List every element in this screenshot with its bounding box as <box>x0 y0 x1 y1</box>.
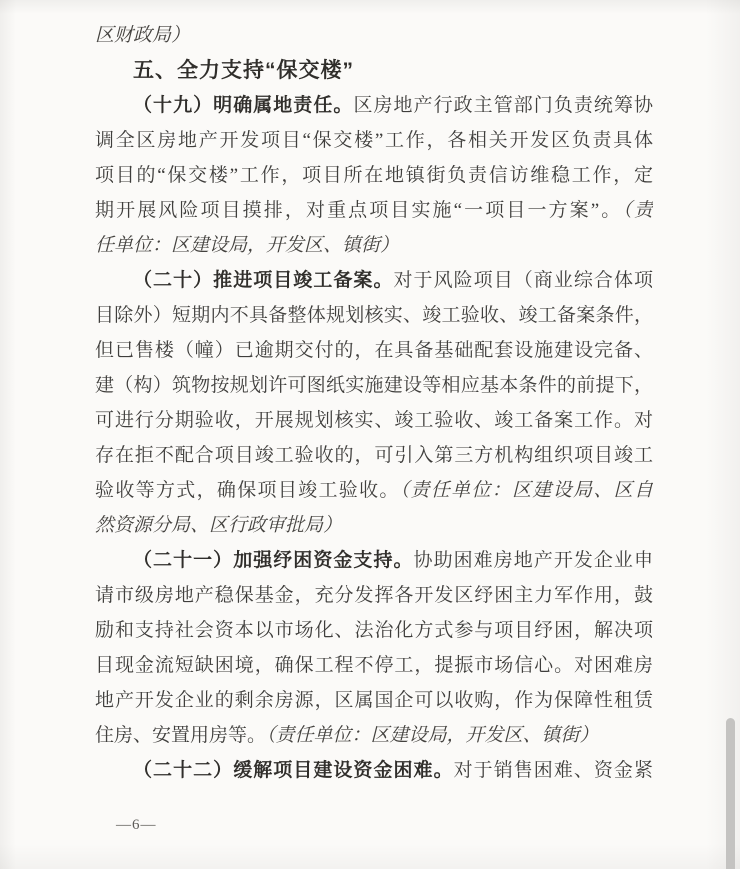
text-line: 地产开发企业的剩余房源，区属国企可以收购，作为保障性租赁 <box>95 683 653 718</box>
scanned-document-page: 区财政局）五、全力支持“保交楼”（十九）明确属地责任。区房地产行政主管部门负责统… <box>0 0 740 869</box>
responsibility-unit-text: （责任单位：区建设局、区自 <box>400 480 653 501</box>
paragraph: 区财政局） <box>95 18 653 53</box>
paragraph: （十九）明确属地责任。区房地产行政主管部门负责统筹协调全区房地产开发项目“保交楼… <box>95 88 653 263</box>
body-text: 但已售楼（幢）已逾期交付的，在具备基础配套设施建设完备、 <box>95 340 653 361</box>
body-text: 建（构）筑物按规划许可图纸实施建设等相应基本条件的前提下， <box>95 375 653 396</box>
text-line: 调全区房地产开发项目“保交楼”工作，各相关开发区负责具体 <box>95 123 653 158</box>
body-text: 住房、安置用房等。 <box>95 725 266 746</box>
responsibility-unit-text: （责 <box>622 200 653 221</box>
text-line: 建（构）筑物按规划许可图纸实施建设等相应基本条件的前提下， <box>95 368 653 403</box>
text-line: 任单位：区建设局，开发区、镇街） <box>95 228 653 263</box>
body-text: 目现金流短缺困境，确保工程不停工，提振市场信心。对困难房 <box>95 655 653 676</box>
paragraph: （二十二）缓解项目建设资金困难。对于销售困难、资金紧 <box>95 753 653 788</box>
text-line: （二十）推进项目竣工备案。对于风险项目（商业综合体项 <box>95 263 653 298</box>
text-line: 五、全力支持“保交楼” <box>95 53 653 88</box>
text-line: 然资源分局、区行政审批局） <box>95 508 653 543</box>
text-line: 但已售楼（幢）已逾期交付的，在具备基础配套设施建设完备、 <box>95 333 653 368</box>
body-text: 地产开发企业的剩余房源，区属国企可以收购，作为保障性租赁 <box>95 690 653 711</box>
responsibility-unit-text: 然资源分局、区行政审批局） <box>95 515 342 536</box>
paragraph-lead: （二十）推进项目竣工备案。 <box>133 270 394 291</box>
text-line: 目除外）短期内不具备整体规划核实、竣工验收、竣工备案条件， <box>95 298 653 333</box>
text-line: （二十一）加强纾困资金支持。协助困难房地产开发企业申 <box>95 543 653 578</box>
text-line: 项目的“保交楼”工作，项目所在地镇街负责信访维稳工作，定 <box>95 158 653 193</box>
text-line: 住房、安置用房等。（责任单位：区建设局，开发区、镇街） <box>95 718 653 753</box>
text-line: 验收等方式，确保项目竣工验收。（责任单位：区建设局、区自 <box>95 473 653 508</box>
responsibility-unit-text: 区财政局） <box>95 25 190 46</box>
text-line: 可进行分期验收，开展规划核实、竣工验收、竣工备案工作。对 <box>95 403 653 438</box>
body-text: 励和支持社会资本以市场化、法治化方式参与项目纾困，解决项 <box>95 620 653 641</box>
body-text: 对于风险项目（商业综合体项 <box>394 270 653 291</box>
responsibility-unit-text: 任单位：区建设局，开发区、镇街） <box>95 235 399 256</box>
body-text: 区房地产行政主管部门负责统筹协 <box>353 95 653 116</box>
body-text: 目除外）短期内不具备整体规划核实、竣工验收、竣工备案条件， <box>95 305 653 326</box>
paragraph: （二十）推进项目竣工备案。对于风险项目（商业综合体项目除外）短期内不具备整体规划… <box>95 263 653 543</box>
text-line: （二十二）缓解项目建设资金困难。对于销售困难、资金紧 <box>95 753 653 788</box>
paragraph: （二十一）加强纾困资金支持。协助困难房地产开发企业申请市级房地产稳保基金，充分发… <box>95 543 653 753</box>
section-heading: 五、全力支持“保交楼” <box>133 59 354 82</box>
text-line: 励和支持社会资本以市场化、法治化方式参与项目纾困，解决项 <box>95 613 653 648</box>
paragraph-lead: （十九）明确属地责任。 <box>133 95 353 116</box>
body-text: 期开展风险项目摸排，对重点项目实施“一项目一方案”。 <box>95 200 622 221</box>
body-text: 项目的“保交楼”工作，项目所在地镇街负责信访维稳工作，定 <box>95 165 653 186</box>
paragraph-lead: （二十一）加强纾困资金支持。 <box>133 550 414 571</box>
body-text: 请市级房地产稳保基金，充分发挥各开发区纾困主力军作用，鼓 <box>95 585 653 606</box>
text-line: 目现金流短缺困境，确保工程不停工，提振市场信心。对困难房 <box>95 648 653 683</box>
text-line: 期开展风险项目摸排，对重点项目实施“一项目一方案”。（责 <box>95 193 653 228</box>
text-line: （十九）明确属地责任。区房地产行政主管部门负责统筹协 <box>95 88 653 123</box>
scrollbar-thumb[interactable] <box>726 718 735 869</box>
section-heading-block: 五、全力支持“保交楼” <box>95 53 653 88</box>
body-text: 协助困难房地产开发企业申 <box>414 550 653 571</box>
body-text: 存在拒不配合项目竣工验收的，可引入第三方机构组织项目竣工 <box>95 445 653 466</box>
document-body: 区财政局）五、全力支持“保交楼”（十九）明确属地责任。区房地产行政主管部门负责统… <box>95 18 653 788</box>
text-line: 存在拒不配合项目竣工验收的，可引入第三方机构组织项目竣工 <box>95 438 653 473</box>
paragraph-lead: （二十二）缓解项目建设资金困难。 <box>133 760 454 781</box>
responsibility-unit-text: （责任单位：区建设局，开发区、镇街） <box>266 725 599 746</box>
text-line: 区财政局） <box>95 18 653 53</box>
body-text: 对于销售困难、资金紧 <box>454 760 653 781</box>
text-line: 请市级房地产稳保基金，充分发挥各开发区纾困主力军作用，鼓 <box>95 578 653 613</box>
body-text: 可进行分期验收，开展规划核实、竣工验收、竣工备案工作。对 <box>95 410 653 431</box>
page-number: —6— <box>116 817 157 834</box>
body-text: 验收等方式，确保项目竣工验收。 <box>95 480 400 501</box>
body-text: 调全区房地产开发项目“保交楼”工作，各相关开发区负责具体 <box>95 130 653 151</box>
